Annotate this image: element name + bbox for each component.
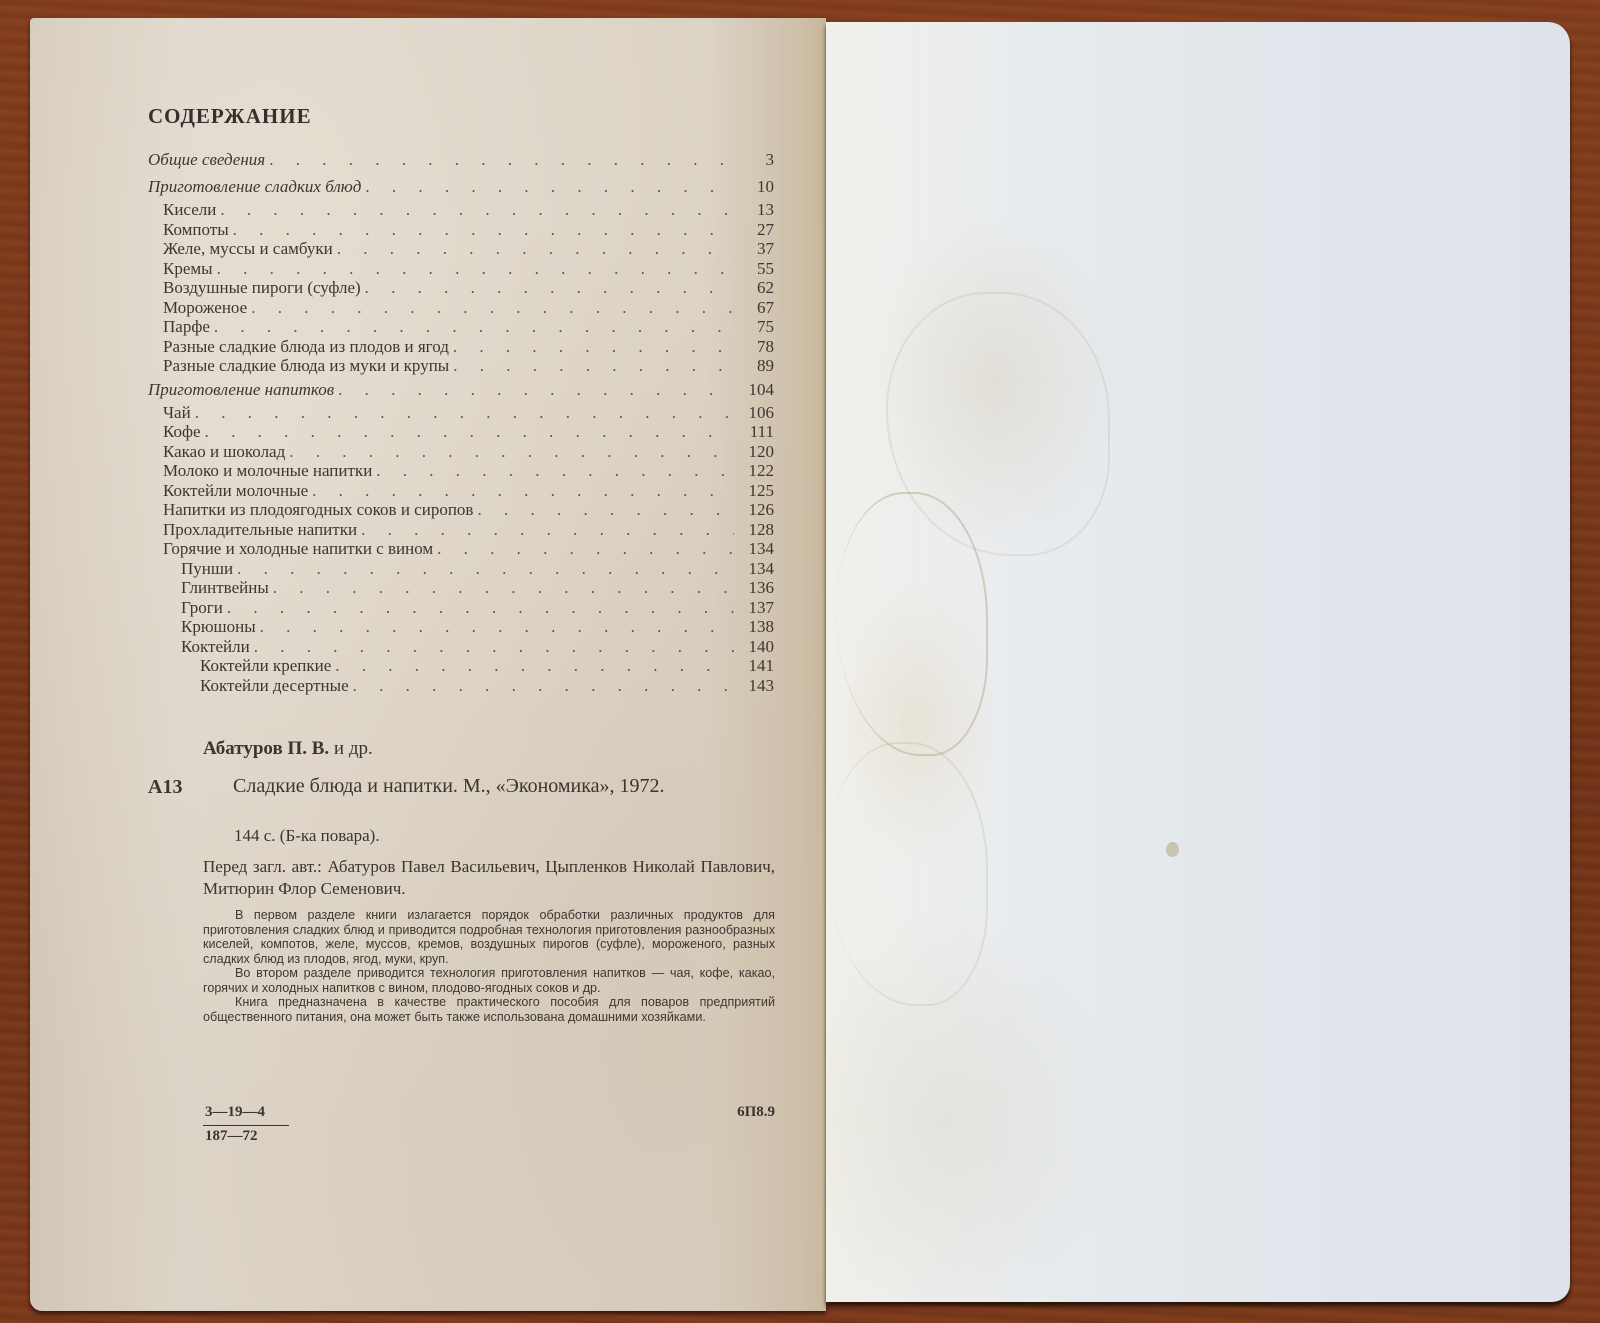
annotation: В первом разделе книги излагается порядо… <box>203 908 775 1024</box>
toc-entry: Парфе75 <box>148 317 774 337</box>
toc-entry: Прохладительные напитки128 <box>148 520 774 540</box>
bbk-code: 6П8.9 <box>737 1104 775 1121</box>
toc-entry: Пунши134 <box>148 559 774 579</box>
dot-leader <box>227 598 734 618</box>
toc-entry: Приготовление сладких блюд10 <box>148 173 774 200</box>
toc-entry-label: Горячие и холодные напитки с вином <box>148 539 437 559</box>
dot-leader <box>254 637 734 657</box>
left-page: СОДЕРЖАНИЕ Общие сведения3Приготовление … <box>30 18 826 1311</box>
dot-leader <box>453 337 734 357</box>
toc-entry-page: 126 <box>734 500 774 520</box>
toc-entry: Приготовление напитков104 <box>148 376 774 403</box>
toc-entry-label: Желе, муссы и самбуки <box>148 239 337 259</box>
toc-entry: Мороженое67 <box>148 298 774 318</box>
toc-entry: Глинтвейны136 <box>148 578 774 598</box>
dot-leader <box>361 520 734 540</box>
toc-entry-label: Воздушные пироги (суфле) <box>148 278 365 298</box>
dot-leader <box>195 403 734 423</box>
toc-entry: Коктейли крепкие141 <box>148 656 774 676</box>
toc-entry-page: 3 <box>734 146 774 173</box>
toc-entry-label: Молоко и молочные напитки <box>148 461 376 481</box>
toc-entry: Воздушные пироги (суфле)62 <box>148 278 774 298</box>
toc-entry: Компоты27 <box>148 220 774 240</box>
annotation-paragraph: Во втором разделе приводится технология … <box>203 966 775 995</box>
dot-leader <box>205 422 734 442</box>
toc-entry: Крюшоны138 <box>148 617 774 637</box>
dot-leader <box>289 442 734 462</box>
annotation-paragraph: В первом разделе книги излагается порядо… <box>203 908 775 966</box>
toc-entry: Разные сладкие блюда из плодов и ягод78 <box>148 337 774 357</box>
toc-entry: Коктейли десертные143 <box>148 676 774 696</box>
authors-full: Перед загл. авт.: Абатуров Павел Василье… <box>203 856 775 900</box>
toc-entry: Разные сладкие блюда из муки и крупы89 <box>148 356 774 376</box>
toc-entry: Кисели13 <box>148 200 774 220</box>
book-title: Сладкие блюда и напитки. М., «Экономика»… <box>173 774 773 798</box>
toc-entry: Кофе111 <box>148 422 774 442</box>
toc-entry-page: 138 <box>734 617 774 637</box>
toc-entry: Кремы55 <box>148 259 774 279</box>
toc-entry-label: Кофе <box>148 422 205 442</box>
toc-entry-page: 67 <box>734 298 774 318</box>
toc-entry-label: Коктейли <box>148 637 254 657</box>
toc-entry-label: Коктейли молочные <box>148 481 312 501</box>
toc-entry: Общие сведения3 <box>148 146 774 173</box>
toc-entry: Какао и шоколад120 <box>148 442 774 462</box>
toc-entry-page: 10 <box>734 173 774 200</box>
toc-entry-label: Приготовление сладких блюд <box>148 173 365 200</box>
code-numerator: 3—19—4 <box>205 1104 265 1121</box>
toc-entry: Молоко и молочные напитки122 <box>148 461 774 481</box>
toc-entry: Желе, муссы и самбуки37 <box>148 239 774 259</box>
toc-entry-page: 27 <box>734 220 774 240</box>
table-of-contents: Общие сведения3Приготовление сладких блю… <box>148 146 774 695</box>
toc-entry-label: Гроги <box>148 598 227 618</box>
toc-entry-page: 134 <box>734 559 774 579</box>
fraction-line <box>203 1125 289 1126</box>
dot-leader <box>335 656 734 676</box>
toc-entry-label: Глинтвейны <box>148 578 273 598</box>
toc-entry-page: 125 <box>734 481 774 501</box>
toc-entry-label: Разные сладкие блюда из муки и крупы <box>148 356 453 376</box>
dot-leader <box>365 278 734 298</box>
dot-leader <box>338 376 734 403</box>
toc-entry-label: Кремы <box>148 259 217 279</box>
toc-entry-page: 136 <box>734 578 774 598</box>
toc-entry-label: Приготовление напитков <box>148 376 338 403</box>
dot-leader <box>217 259 734 279</box>
dot-leader <box>233 220 734 240</box>
toc-entry-page: 141 <box>734 656 774 676</box>
toc-entry-label: Кисели <box>148 200 220 220</box>
toc-entry-label: Прохладительные напитки <box>148 520 361 540</box>
toc-entry-page: 128 <box>734 520 774 540</box>
toc-entry-page: 37 <box>734 239 774 259</box>
toc-entry-label: Какао и шоколад <box>148 442 289 462</box>
page-count: 144 с. (Б-ка повара). <box>234 826 380 846</box>
author-suffix: и др. <box>329 738 373 759</box>
dot-leader <box>312 481 734 501</box>
toc-entry-label: Напитки из плодоягодных соков и сиропов <box>148 500 477 520</box>
dot-leader <box>220 200 734 220</box>
toc-entry-label: Коктейли крепкие <box>148 656 335 676</box>
toc-entry-page: 89 <box>734 356 774 376</box>
toc-entry-label: Крюшоны <box>148 617 260 637</box>
annotation-paragraph: Книга предназначена в качестве практичес… <box>203 995 775 1024</box>
toc-entry: Чай106 <box>148 403 774 423</box>
author-name: Абатуров П. В. <box>203 738 329 759</box>
water-stain <box>826 742 988 1006</box>
toc-entry: Коктейли140 <box>148 637 774 657</box>
toc-entry-page: 143 <box>734 676 774 696</box>
toc-entry-page: 122 <box>734 461 774 481</box>
toc-entry-page: 137 <box>734 598 774 618</box>
toc-entry-page: 111 <box>734 422 774 442</box>
stain-spot <box>1166 842 1179 857</box>
toc-entry-page: 55 <box>734 259 774 279</box>
toc-title: СОДЕРЖАНИЕ <box>148 104 312 129</box>
dot-leader <box>214 317 734 337</box>
toc-entry-page: 134 <box>734 539 774 559</box>
dot-leader <box>251 298 734 318</box>
code-denominator: 187—72 <box>205 1128 258 1145</box>
toc-entry-page: 78 <box>734 337 774 357</box>
dot-leader <box>437 539 734 559</box>
dot-leader <box>477 500 734 520</box>
toc-entry: Горячие и холодные напитки с вином134 <box>148 539 774 559</box>
dot-leader <box>237 559 734 579</box>
author-line: Абатуров П. В. и др. <box>203 738 373 760</box>
toc-entry-label: Компоты <box>148 220 233 240</box>
toc-entry-label: Парфе <box>148 317 214 337</box>
toc-entry-page: 120 <box>734 442 774 462</box>
dot-leader <box>273 578 734 598</box>
toc-entry-page: 13 <box>734 200 774 220</box>
toc-entry-label: Общие сведения <box>148 146 269 173</box>
dot-leader <box>353 676 734 696</box>
toc-entry: Гроги137 <box>148 598 774 618</box>
dot-leader <box>376 461 734 481</box>
toc-entry: Напитки из плодоягодных соков и сиропов1… <box>148 500 774 520</box>
dot-leader <box>269 146 734 173</box>
toc-entry-label: Мороженое <box>148 298 251 318</box>
toc-entry-label: Коктейли десертные <box>148 676 353 696</box>
toc-entry-page: 106 <box>734 403 774 423</box>
toc-entry-label: Разные сладкие блюда из плодов и ягод <box>148 337 453 357</box>
toc-entry-label: Пунши <box>148 559 237 579</box>
dot-leader <box>365 173 734 200</box>
dot-leader <box>337 239 734 259</box>
right-page <box>826 22 1570 1302</box>
toc-entry-page: 62 <box>734 278 774 298</box>
dot-leader <box>453 356 734 376</box>
toc-entry-label: Чай <box>148 403 195 423</box>
toc-entry: Коктейли молочные125 <box>148 481 774 501</box>
toc-entry-page: 104 <box>734 376 774 403</box>
dot-leader <box>260 617 734 637</box>
toc-entry-page: 75 <box>734 317 774 337</box>
toc-entry-page: 140 <box>734 637 774 657</box>
